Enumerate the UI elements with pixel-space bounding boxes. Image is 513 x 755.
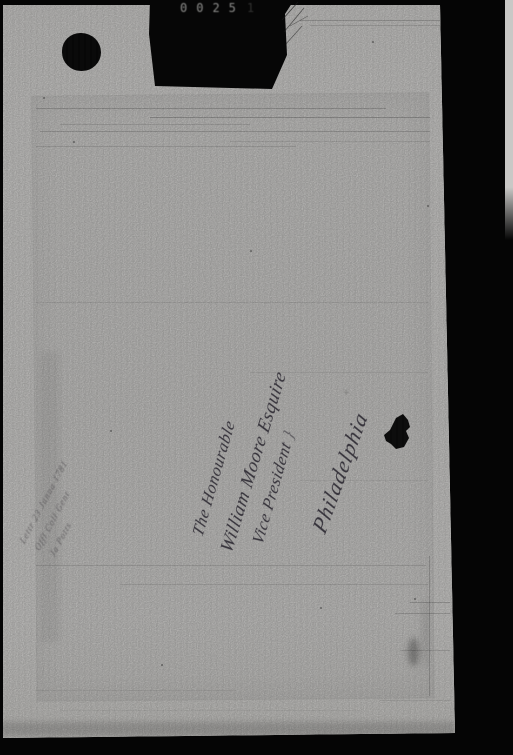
- docket-line: Lettr 23 Janua 1781: [18, 458, 69, 546]
- dust-speck: [250, 250, 252, 252]
- film-strip: + The Honourable William Moore Esquire V…: [0, 0, 513, 755]
- dust-speck: [43, 97, 45, 99]
- address-line-title: Vice President }: [249, 427, 299, 548]
- dust-speck: [73, 141, 75, 143]
- streak-line: [300, 480, 428, 481]
- streak-line: [380, 700, 450, 701]
- film-edge-strip: [505, 0, 513, 240]
- streak-line: [395, 613, 450, 614]
- faint-cross-mark: +: [343, 387, 349, 399]
- dust-speck: [161, 664, 163, 666]
- dust-speck: [372, 41, 374, 43]
- streak-line: [36, 108, 386, 109]
- streak-line: [300, 20, 440, 21]
- streak-line: [400, 650, 450, 651]
- streak-line: [150, 117, 430, 118]
- microfilm-scan-frame: + The Honourable William Moore Esquire V…: [0, 0, 513, 755]
- edge-smudge: [408, 638, 419, 666]
- dust-speck: [427, 205, 429, 207]
- streak-line: [60, 710, 360, 711]
- letter-cover-outline: [31, 92, 434, 701]
- address-line-honorific: The Honourable: [189, 417, 240, 540]
- address-title-text: Vice President: [249, 438, 295, 547]
- streak-line: [60, 124, 250, 125]
- streak-line: [36, 302, 428, 303]
- flourish-brace: }: [279, 427, 298, 442]
- film-tab: 00251: [146, 0, 294, 91]
- frame-number-digits: 0025: [180, 1, 245, 15]
- streak-line: [40, 131, 430, 132]
- punch-hole: [62, 33, 101, 71]
- docket-line: Offl Coll Gent: [33, 489, 72, 553]
- streak-line: [230, 141, 430, 142]
- film-grain-overlay: [0, 0, 513, 755]
- docket-line: Ja Potts: [48, 520, 73, 559]
- streak-line: [120, 584, 428, 585]
- edge-smudge: [423, 598, 428, 668]
- streak-line: [36, 565, 426, 566]
- scratch-marks: [278, 0, 312, 48]
- streak-line: [36, 146, 296, 147]
- address-line-recipient: William Moore Esquire: [217, 368, 292, 557]
- frame-number: 00251: [180, 1, 263, 15]
- envelope-left-shadow: [40, 352, 60, 642]
- streak-line: [36, 690, 236, 691]
- streak-line: [310, 25, 440, 26]
- dust-speck: [414, 598, 416, 600]
- envelope-right-edge-line: [429, 556, 430, 696]
- bottom-shadow-band: [0, 722, 456, 736]
- address-line-city: Philadelphia: [307, 407, 373, 538]
- streak-line: [410, 602, 450, 603]
- dust-speck: [320, 607, 322, 609]
- frame-number-suffix: 1: [247, 1, 263, 15]
- dust-speck: [110, 430, 112, 432]
- ink-blot: [380, 408, 420, 458]
- streak-line: [250, 372, 428, 373]
